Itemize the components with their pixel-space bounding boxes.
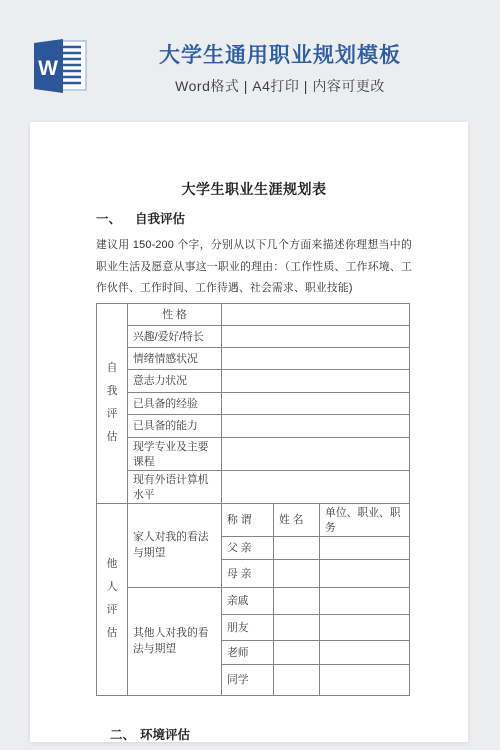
input-cell: [222, 470, 410, 503]
section-one-number: 一、: [96, 209, 121, 227]
document-title: 大学生职业生涯规划表: [96, 179, 412, 199]
others-view-label: 其他人对我的看法与期望: [128, 587, 222, 695]
input-cell: [320, 559, 410, 587]
word-icon-letter: W: [38, 57, 58, 80]
input-cell: [222, 303, 410, 325]
section-one-title: 自我评估: [135, 212, 185, 226]
template-subtitle: Word格式 | A4打印 | 内容可更改: [70, 76, 490, 96]
table-row: 其他人对我的看法与期望 亲戚: [97, 587, 410, 614]
input-cell: [222, 369, 410, 392]
input-cell: [274, 614, 320, 640]
row-label: 父 亲: [222, 536, 274, 559]
table-row: 他人评估 家人对我的看法与期望 称 谓 姓 名 单位、职业、职务: [97, 503, 410, 536]
input-cell: [274, 559, 320, 587]
input-cell: [274, 536, 320, 559]
row-label: 已具备的经验: [128, 392, 222, 414]
table-row: 自我评估 性 格: [97, 303, 410, 325]
section-two-heading: 二、环境评估: [96, 725, 412, 743]
input-cell: [222, 414, 410, 437]
column-header: 单位、职业、职务: [320, 503, 410, 536]
table-row: 兴趣/爱好/特长: [97, 325, 410, 347]
career-planning-table: 自我评估 性 格 兴趣/爱好/特长 情绪情感状况 意志力状况 已具备的经验: [96, 303, 410, 696]
input-cell: [222, 347, 410, 369]
input-cell: [274, 640, 320, 664]
input-cell: [222, 437, 410, 470]
family-view-label: 家人对我的看法与期望: [128, 503, 222, 587]
input-cell: [274, 664, 320, 695]
document-page-preview: 大学生职业生涯规划表 一、自我评估 建议用 150-200 个字，分别从以下几个…: [30, 122, 468, 742]
row-label: 情绪情感状况: [128, 347, 222, 369]
input-cell: [320, 664, 410, 695]
template-header: W 大学生通用职业规划模板 Word格式 | A4打印 | 内容可更改: [0, 0, 500, 122]
input-cell: [320, 640, 410, 664]
row-label: 母 亲: [222, 559, 274, 587]
table-row: 意志力状况: [97, 369, 410, 392]
table-row: 现有外语计算机水平: [97, 470, 410, 503]
table-row: 已具备的经验: [97, 392, 410, 414]
row-label: 意志力状况: [128, 369, 222, 392]
input-cell: [320, 614, 410, 640]
table-row: 现学专业及主要课程: [97, 437, 410, 470]
input-cell: [274, 587, 320, 614]
section-two-number: 二、: [110, 725, 135, 743]
input-cell: [222, 325, 410, 347]
column-header: 姓 名: [274, 503, 320, 536]
row-label: 现学专业及主要课程: [128, 437, 222, 470]
row-label: 朋友: [222, 614, 274, 640]
document-content: 大学生职业生涯规划表 一、自我评估 建议用 150-200 个字，分别从以下几个…: [96, 122, 412, 743]
input-cell: [320, 536, 410, 559]
row-label: 已具备的能力: [128, 414, 222, 437]
header-text-block: 大学生通用职业规划模板 Word格式 | A4打印 | 内容可更改: [70, 44, 490, 96]
row-label: 现有外语计算机水平: [128, 470, 222, 503]
section-two-title: 环境评估: [140, 728, 190, 742]
row-label: 性 格: [128, 303, 222, 325]
others-eval-group-label: 他人评估: [97, 503, 128, 695]
table-row: 已具备的能力: [97, 414, 410, 437]
input-cell: [222, 392, 410, 414]
row-label: 亲戚: [222, 587, 274, 614]
intro-paragraph: 建议用 150-200 个字，分别从以下几个方面来描述你理想当中的职业生活及愿意…: [96, 235, 412, 300]
section-one-heading: 一、自我评估: [96, 209, 412, 227]
column-header: 称 谓: [222, 503, 274, 536]
row-label: 兴趣/爱好/特长: [128, 325, 222, 347]
input-cell: [320, 587, 410, 614]
self-eval-group-label: 自我评估: [97, 303, 128, 503]
row-label: 老师: [222, 640, 274, 664]
table-row: 情绪情感状况: [97, 347, 410, 369]
template-title: 大学生通用职业规划模板: [70, 44, 490, 68]
row-label: 同学: [222, 664, 274, 695]
